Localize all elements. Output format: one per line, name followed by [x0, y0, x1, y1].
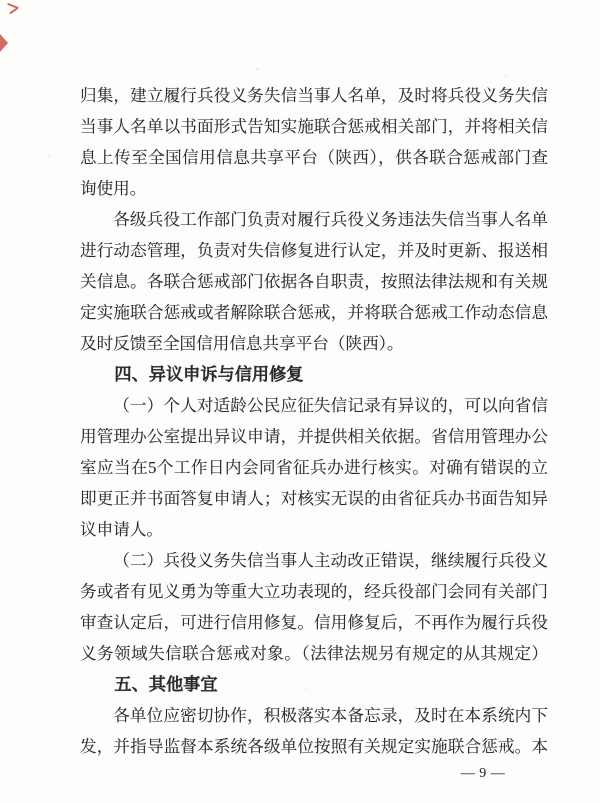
text-line: 审查认定后，可进行信用修复。信用修复后，不再作为履行兵役 [80, 607, 548, 638]
scan-speck [505, 75, 507, 77]
red-ink-mark-icon [6, 2, 21, 15]
scan-speck [256, 68, 259, 70]
text-line: 各单位应密切协作，积极落实本备忘录，及时在本系统内下 [80, 700, 548, 731]
section-heading: 五、其他事宜 [80, 669, 548, 700]
text-line: 进行动态管理，负责对失信修复进行认定，并及时更新、报送相 [80, 235, 548, 266]
text-line: 关信息。各联合惩戒部门依据各自职责，按照法律法规和有关规 [80, 266, 548, 297]
text-line: 室应当在5个工作日内会同省征兵办进行核实。对确有错误的立 [80, 452, 548, 483]
section-heading: 四、异议申诉与信用修复 [80, 359, 548, 390]
scanned-document-page: 归集，建立履行兵役义务失信当事人名单，及时将兵役义务失信当事人名单以书面形式告知… [0, 0, 600, 803]
page-number: — 9 — [452, 766, 514, 782]
text-line: 义务领域失信联合惩戒对象。（法律法规另有规定的从其规定） [80, 638, 548, 669]
text-line: 及时反馈至全国信用信息共享平台（陕西）。 [80, 328, 548, 359]
scan-speck [48, 154, 51, 157]
text-line: 息上传至全国信用信息共享平台（陕西），供各联合惩戒部门查 [80, 142, 548, 173]
text-line: 归集，建立履行兵役义务失信当事人名单，及时将兵役义务失信 [80, 80, 548, 111]
text-line: 即更正并书面答复申请人；对核实无误的由省征兵办书面告知异 [80, 483, 548, 514]
text-line: 用管理办公室提出异议申请，并提供相关依据。省信用管理办公 [80, 421, 548, 452]
text-line: （二）兵役义务失信当事人主动改正错误，继续履行兵役义 [80, 545, 548, 576]
text-line: 定实施联合惩戒或者解除联合惩戒，并将联合惩戒工作动态信息 [80, 297, 548, 328]
text-block: 归集，建立履行兵役义务失信当事人名单，及时将兵役义务失信当事人名单以书面形式告知… [80, 80, 548, 762]
text-line: 当事人名单以书面形式告知实施联合惩戒相关部门，并将相关信 [80, 111, 548, 142]
text-line: 务或者有见义勇为等重大立功表现的，经兵役部门会同有关部门 [80, 576, 548, 607]
text-line: 议申请人。 [80, 514, 548, 545]
text-line: 各级兵役工作部门负责对履行兵役义务违法失信当事人名单 [80, 204, 548, 235]
text-line: 询使用。 [80, 173, 548, 204]
text-line: 发，并指导监督本系统各级单位按照有关规定实施联合惩戒。本 [80, 731, 548, 762]
red-edge-mark-icon [0, 34, 8, 52]
text-line: （一）个人对适龄公民应征失信记录有异议的，可以向省信 [80, 390, 548, 421]
